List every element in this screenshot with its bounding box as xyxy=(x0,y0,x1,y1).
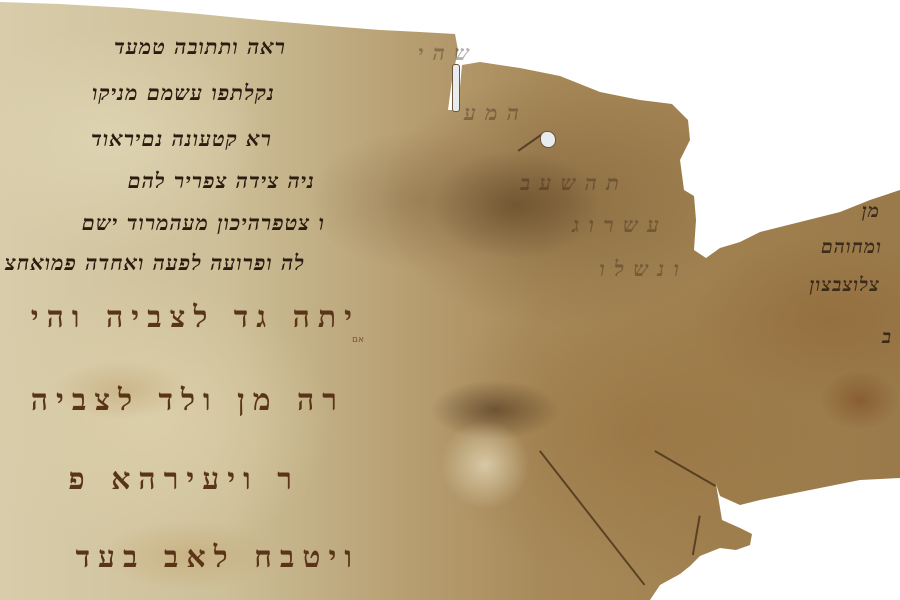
text-line: לה ופרועה לפעה ואחדה פמואחצ xyxy=(5,250,305,276)
parchment-tear xyxy=(452,64,460,112)
text-line: ו צטפרהיכון מעהמרוד ישם xyxy=(82,210,325,236)
manuscript-photo: ראה ותתובה טמעד נקלתפו עשמם מניקו רא קטע… xyxy=(0,0,900,600)
faded-text-line: ע ש ר ו ג xyxy=(572,212,660,238)
text-line: נקלתפו עשמם מניקו xyxy=(92,80,275,106)
text-line: ראה ותתובה טמעד xyxy=(114,34,286,60)
text-line: ר ויעירהא פ xyxy=(68,462,300,497)
text-line: צלוצבצון xyxy=(810,274,880,297)
text-line: ניה צידה צפריר להם xyxy=(128,168,315,194)
text-line: מן xyxy=(862,200,880,223)
faded-text-line: ש ה י xyxy=(418,40,470,66)
text-line: ומחוהם xyxy=(821,236,882,259)
text-line: ויטבח לאב בעד xyxy=(76,540,360,575)
parchment-hole xyxy=(540,131,556,148)
text-line: יתה גד לצביה והי xyxy=(31,300,360,335)
text-line: רה מן ולד לצביה xyxy=(31,383,345,418)
text-line: ב xyxy=(882,326,892,349)
margin-note: אם xyxy=(352,335,364,345)
faded-text-line: ת ה ש ע ב xyxy=(520,170,620,196)
faded-text-line: ו נ ש ל ו xyxy=(599,256,680,282)
text-line: רא קטעונה נםיראוד xyxy=(91,126,272,152)
faded-text-line: ה מ ע xyxy=(464,100,520,126)
